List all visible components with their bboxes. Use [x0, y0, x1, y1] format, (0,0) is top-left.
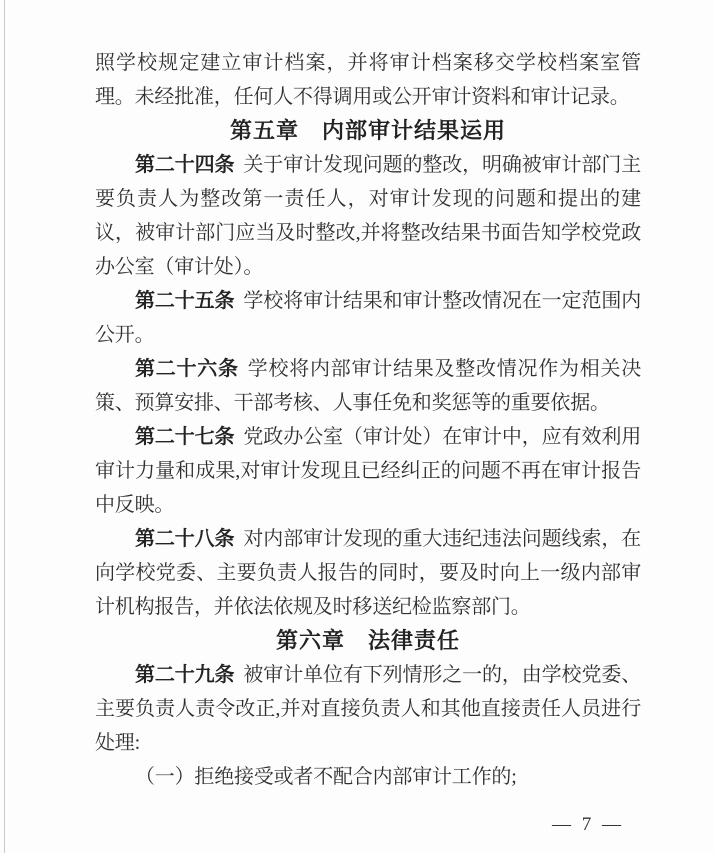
- paragraph: 第二十四条关于审计发现问题的整改，明确被审计部门主要负责人为整改第一责任人，对审…: [95, 148, 641, 284]
- paragraph-text: 照学校规定建立审计档案，并将审计档案移交学校档案室管理。未经批准，任何人不得调用…: [95, 52, 641, 108]
- chapter-heading-text: 第六章 法律责任: [276, 628, 460, 653]
- article-number: 第二十九条: [135, 664, 234, 686]
- article-number: 第二十五条: [135, 290, 234, 312]
- paragraph: 第二十六条学校将内部审计结果及整改情况作为相关决策、预算安排、干部考核、人事任免…: [95, 352, 641, 420]
- paragraph: 第二十九条被审计单位有下列情形之一的，由学校党委、主要负责人责令改正,并对直接负…: [95, 658, 641, 760]
- paragraph-text: （一）拒绝接受或者不配合内部审计工作的;: [135, 766, 517, 788]
- article-number: 第二十六条: [135, 358, 239, 380]
- chapter-heading: 第六章 法律责任: [95, 624, 641, 658]
- chapter-heading: 第五章 内部审计结果运用: [95, 114, 641, 148]
- paragraph: 第二十五条学校将审计结果和审计整改情况在一定范围内公开。: [95, 284, 641, 352]
- article-number: 第二十四条: [135, 154, 234, 176]
- page-number: — 7 —: [552, 814, 624, 836]
- chapter-heading-text: 第五章 内部审计结果运用: [230, 118, 506, 143]
- paragraph: 照学校规定建立审计档案，并将审计档案移交学校档案室管理。未经批准，任何人不得调用…: [95, 46, 641, 114]
- paragraph: 第二十七条党政办公室（审计处）在审计中，应有效利用审计力量和成果,对审计发现且已…: [95, 420, 641, 522]
- paragraph: 第二十八条对内部审计发现的重大违纪违法问题线索，在向学校党委、主要负责人报告的同…: [95, 522, 641, 624]
- document-page: 照学校规定建立审计档案，并将审计档案移交学校档案室管理。未经批准，任何人不得调用…: [0, 0, 714, 853]
- article-number: 第二十七条: [135, 426, 234, 448]
- article-number: 第二十八条: [135, 528, 234, 550]
- scan-edge-line: [4, 0, 5, 853]
- paragraph: （一）拒绝接受或者不配合内部审计工作的;: [95, 760, 641, 794]
- document-body: 照学校规定建立审计档案，并将审计档案移交学校档案室管理。未经批准，任何人不得调用…: [95, 46, 641, 794]
